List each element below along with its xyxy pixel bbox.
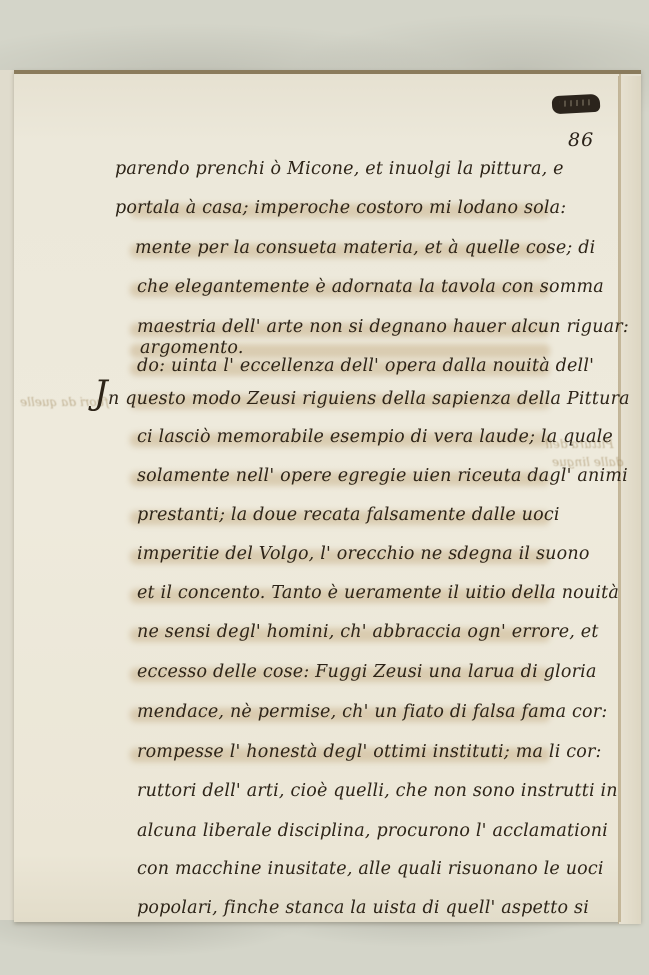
text-line-19: alcuna liberale disciplina, procurono l'… [137,821,608,841]
initial-letter: J [94,373,108,413]
folio-number: 86 [568,129,594,151]
text-line-16: mendace, nè permise, ch' un fiato di fal… [137,702,607,722]
text-line-4: che elegantemente è adornata la tavola c… [137,277,604,297]
text-line-21: popolari, finche stanca la uista di quel… [137,898,589,918]
text-line-13: et il concento. Tanto è ueramente il uit… [137,583,619,603]
text-line-2: portala à casa; imperoche costoro mi lod… [115,198,566,218]
text-line-14: ne sensi degl' homini, ch' abbraccia ogn… [137,622,599,642]
text-line-10: solamente nell' opere egregie uien riceu… [137,466,628,486]
text-line-11: prestanti; la doue recata falsamente dal… [137,505,560,525]
text-line-7: argomento. [140,338,244,358]
text-line-8: n questo modo Zeusi riguiens della sapie… [108,389,630,409]
page-gutter-edge [618,76,641,924]
text-line-12: imperitie del Volgo, l' orecchio ne sdeg… [137,544,590,564]
shelfmark-ink-blot [552,94,601,114]
text-line-17: rompesse l' honestà degl' ottimi institu… [137,742,602,762]
text-line-20: con macchine inusitate, alle quali risuo… [137,859,604,879]
text-line-5: maestria dell' arte non si degnano hauer… [137,317,629,337]
text-line-15: eccesso delle cose: Fuggi Zeusi una laru… [137,662,597,682]
text-line-6: do: uinta l' eccellenza dell' opera dall… [137,356,594,376]
text-line-3: mente per la consueta materia, et à quel… [135,238,595,258]
text-line-18: ruttori dell' arti, cioè quelli, che non… [137,781,618,801]
text-line-1: parendo prenchi ò Micone, et inuolgi la … [115,159,564,179]
text-line-9: ci lasciò memorabile esempio di vera lau… [137,427,613,447]
